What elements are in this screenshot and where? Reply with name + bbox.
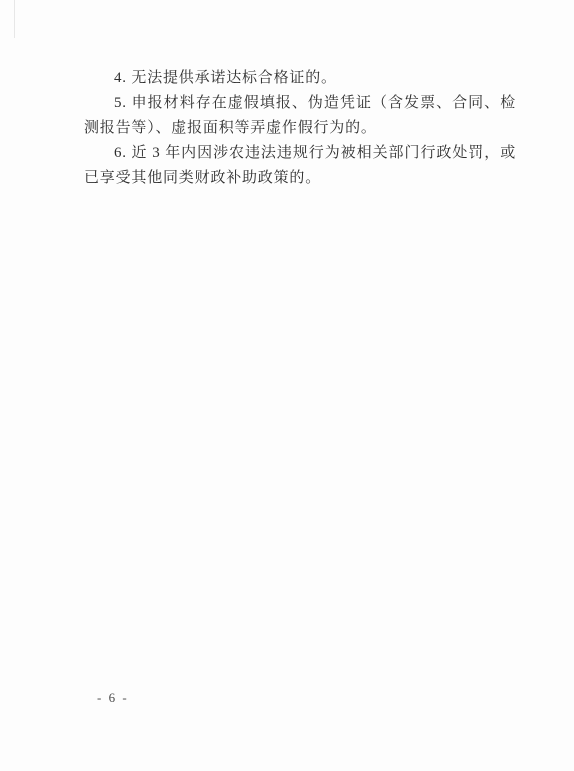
document-page: 4. 无法提供承诺达标合格证的。 5. 申报材料存在虚假填报、伪造凭证（含发票、… — [0, 0, 574, 771]
text-block: 4. 无法提供承诺达标合格证的。 5. 申报材料存在虚假填报、伪造凭证（含发票、… — [84, 66, 516, 191]
paragraph-item-6: 6. 近 3 年内因涉农违法违规行为被相关部门行政处罚，或已享受其他同类财政补助… — [84, 141, 516, 191]
paragraph-item-4: 4. 无法提供承诺达标合格证的。 — [84, 66, 516, 91]
paragraph-item-5: 5. 申报材料存在虚假填报、伪造凭证（含发票、合同、检测报告等）、虚报面积等弄虚… — [84, 91, 516, 141]
scan-artifact-line — [14, 0, 15, 38]
page-number: - 6 - — [97, 690, 129, 706]
